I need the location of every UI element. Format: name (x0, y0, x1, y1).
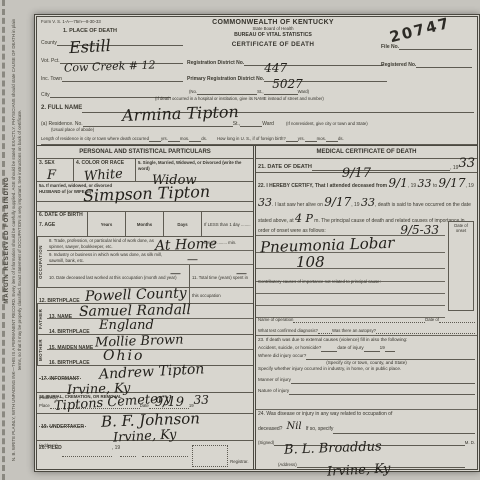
father-name-row: 13. NAME Samuel Randall (47, 304, 253, 319)
test-label: What test confirmed diagnosis? (258, 328, 318, 334)
date-of-onset-header: Date of onset (454, 223, 468, 233)
where-note: (Specify city or town, county, and State… (258, 360, 475, 367)
scanned-death-certificate: MARGIN RESERVED FOR BINDING N. B. WRITE … (0, 0, 480, 480)
lastsaw-value: 9/17 (324, 195, 351, 209)
residence-st-blank (240, 120, 262, 127)
street-no-blank (197, 88, 257, 95)
city-label: City (41, 92, 50, 98)
sex-race-marital-row: 3. SEX F 4. COLOR OR RACE White 5. Singl… (37, 159, 253, 182)
where-label: Where did injury occur? (258, 353, 306, 360)
certificate-title: CERTIFICATE OF DEATH (185, 41, 361, 48)
date-of-death-row: 21. DATE OF DEATH 9/17 , 19 33 (256, 159, 477, 173)
test-autopsy-row: What test confirmed diagnosis? Was there… (256, 324, 477, 335)
len-blank-4 (286, 135, 298, 142)
len-blank-3 (189, 135, 201, 142)
date-of-onset-box: Date of onset (448, 221, 474, 311)
accident-label: Accident, suicide, or homicide? (258, 345, 321, 352)
injury-date-blank (364, 345, 380, 352)
length-residence-row: Length of residence in city or town wher… (41, 135, 477, 145)
county-row: County Estill (41, 39, 183, 46)
len-yrs-1: yrs. (161, 136, 168, 142)
injury-date-label: date of injury (337, 345, 363, 352)
informant-label: 17. INFORMANT (41, 376, 79, 382)
industry-row: 9. Industry or business in which work wa… (47, 251, 253, 265)
filed-date-blank (62, 450, 112, 457)
to-year-prefix: , 19 (465, 183, 473, 189)
filed-label: 20. FILED (39, 445, 62, 451)
hospital-note: (If death occurred in a hospital or inst… (155, 96, 475, 102)
age-days-cell: Days (163, 212, 201, 236)
full-name-label: 2. FULL NAME (41, 105, 82, 113)
primary-district-blank: 5027 (264, 75, 387, 82)
to-year-value: 33 (258, 196, 272, 209)
last-worked-value: — (170, 267, 181, 280)
total-time-value: — (236, 267, 247, 280)
full-name-blank: Armina Tipton (82, 106, 474, 113)
file-no-blank (399, 43, 472, 50)
len-blank-6 (326, 135, 338, 142)
burial-place-label: Place (39, 403, 50, 409)
left-margin: MARGIN RESERVED FOR BINDING N. B. WRITE … (0, 0, 34, 480)
father-bp-value: England (99, 318, 154, 333)
foreign-birth-label: How long in U. S., if of foreign birth? (217, 136, 286, 142)
form-number: Form V. S. 1-A—75m—8-30-33 (41, 19, 101, 25)
operation-label: Name of operation (258, 317, 293, 323)
contributory-blank-2 (256, 294, 445, 306)
city-blank (50, 91, 171, 98)
registrar-stamp-box (192, 445, 228, 467)
industry-value: — (187, 253, 198, 266)
sex-label: 3. SEX (39, 160, 71, 166)
signed-blank: B. L. Broaddus (274, 439, 464, 446)
registered-no-blank (416, 61, 472, 68)
registration-district-blank: 447 (244, 59, 383, 66)
street-ward-label: Ward) (298, 89, 310, 95)
street-ward-note: (No. St., Ward) (189, 88, 389, 95)
physician-address-row: (Address) Irvine, Ky (256, 447, 477, 469)
residence-st-label: St., (233, 121, 241, 127)
left-margin-rotated-text: MARGIN RESERVED FOR BINDING N. B. WRITE … (4, 15, 30, 465)
father-side-label: FATHER (37, 304, 47, 334)
age-less-cell: If LESS than 1 day ........ hrs. or ....… (201, 212, 253, 236)
attended-to-value: 9/17 (439, 176, 466, 190)
external-label: 23. If death was due to external causes … (258, 337, 475, 344)
burial-place-blank: Tiptons Cemetery (50, 402, 140, 409)
city-row: City (41, 91, 171, 98)
spouse-row: 5a. If married, widowed, or divorced HUS… (37, 182, 253, 202)
physician-address-value: Irvine, Ky (326, 461, 390, 479)
contributory-blank-1 (256, 282, 445, 294)
file-no-label: File No. (381, 44, 399, 50)
mother-bp-value: Ohio (103, 348, 144, 364)
birthplace-row: 12. BIRTHPLACE Powell County (37, 288, 253, 304)
len-blank-1 (149, 135, 161, 142)
personal-title: PERSONAL AND STATISTICAL PARTICULARS (37, 146, 253, 159)
certify-label: 22. I HEREBY CERTIFY, That I attended de… (258, 183, 387, 189)
filed-row: 20. FILED , 19 Registrar. (37, 441, 253, 469)
precinct-blank: Cow Creek # 12 (60, 57, 183, 64)
sex-cell: 3. SEX F (37, 159, 73, 181)
dob-row: 6. DATE OF BIRTH (37, 202, 253, 212)
precinct-value: Cow Creek # 12 (63, 58, 155, 74)
registrar-label: Registrar. (230, 459, 248, 465)
manner-label: Manner of injury (258, 377, 291, 384)
registration-district-value: 447 (264, 61, 287, 75)
informant-block: 17. INFORMANT Andrew Tipton (Address) Ir… (37, 366, 253, 393)
age-label: 7. AGE (39, 222, 55, 228)
operation-row: Name of operation Date of (256, 313, 477, 324)
personal-column: PERSONAL AND STATISTICAL PARTICULARS 3. … (37, 146, 253, 469)
race-label: 4. COLOR OR RACE (76, 160, 133, 166)
file-no-row: File No. (381, 43, 472, 50)
test-blank (318, 327, 332, 334)
columns: PERSONAL AND STATISTICAL PARTICULARS 3. … (37, 145, 477, 469)
len-mos-1: mos. (180, 136, 189, 142)
precinct-row: Vot. Pct. Cow Creek # 12 (41, 57, 183, 64)
length-label: Length of residence in city or town wher… (41, 136, 149, 142)
occupation-side-label: OCCUPATION (37, 237, 47, 287)
dod-year-value: 33 (458, 156, 475, 171)
lastsaw-year-prefix: , 19 (351, 202, 359, 208)
header-center: COMMONWEALTH OF KENTUCKY State Board of … (185, 19, 361, 48)
age-days-label: Days (177, 222, 187, 227)
accident-blank (321, 345, 337, 352)
contributory-row: Contributory causes of importance not re… (256, 269, 445, 282)
county-label: County (41, 40, 57, 46)
mother-name-row: 15. MAIDEN NAME Mollie Brown (47, 335, 253, 350)
age-cell: 7. AGE (37, 212, 87, 236)
full-name-row: 2. FULL NAME Armina Tipton (41, 105, 474, 113)
marital-cell: 5. Single, Married, Widowed, or Divorced… (135, 159, 253, 181)
operation-date-blank (439, 316, 475, 323)
len-ds-2: ds. (338, 136, 344, 142)
cause-area: Date of onset 9/5-33 Pneumonia Lobar 108… (256, 221, 477, 313)
dod-year-prefix: , 19 (450, 165, 458, 171)
cause-line-1: 9/5-33 (256, 221, 445, 236)
registered-no-label: Registered No. (381, 62, 416, 68)
nonresident-note: (If nonresident, give city or town and S… (286, 121, 368, 127)
signed-label: (Signed) (258, 440, 274, 446)
len-blank-5 (305, 135, 317, 142)
industry-label: 9. Industry or business in which work wa… (49, 252, 169, 263)
to-label: to (433, 183, 437, 189)
signed-row: (Signed) B. L. Broaddus M. D. (256, 431, 477, 447)
operation-blank (293, 316, 425, 323)
place-of-death-label: 1. PLACE OF DEATH (63, 28, 117, 35)
margin-nb-note: N. B. WRITE PLAINLY, WITH UNFADING INK—T… (11, 15, 23, 465)
undertaker-value: B. F. Johnson (101, 409, 200, 430)
registered-no-row: Registered No. (381, 61, 472, 68)
lastsaw-label: I last saw her alive on (275, 202, 323, 208)
marital-label: 5. Single, Married, Widowed, or Divorced… (138, 160, 251, 171)
precinct-label: Vot. Pct. (41, 58, 60, 64)
primary-district-row: Primary Registration District No. 5027 (187, 75, 387, 82)
undertaker-row: 19. UNDERTAKER B. F. Johnson (39, 414, 86, 427)
inc-town-row: Inc. Town (41, 75, 183, 82)
cause-line-3: 108 (256, 253, 445, 269)
registrar-sign-blank (142, 450, 188, 457)
commonwealth-title: COMMONWEALTH OF KENTUCKY (185, 19, 361, 26)
residence-no-blank (83, 120, 233, 127)
inc-town-label: Inc. Town (41, 76, 62, 82)
certificate-form: 20747 Form V. S. 1-A—75m—8-30-33 1. PLAC… (34, 14, 480, 472)
file-number-stamp: 20747 (388, 14, 453, 47)
occupation-related-block: 24. Was disease or injury in any way rel… (256, 409, 477, 431)
last-worked-label: 10. Date deceased last worked at this oc… (49, 275, 177, 280)
autopsy-blank (376, 327, 475, 334)
street-st-blank (264, 88, 298, 95)
street-no-label: (No. (189, 89, 197, 95)
len-ds-1: ds. (201, 136, 207, 142)
dod-blank: 9/17 (312, 164, 450, 171)
inc-town-blank (62, 75, 183, 82)
trade-label: 8. Trade, profession, or particular kind… (49, 238, 159, 249)
bureau-subtitle: BUREAU OF VITAL STATISTICS (185, 32, 361, 38)
margin-binding-heading: MARGIN RESERVED FOR BINDING (4, 15, 10, 465)
undertaker-label: 19. UNDERTAKER (41, 424, 84, 430)
residence-ward-label: Ward (262, 121, 274, 127)
registration-district-row: Registration District No. 447 (187, 59, 383, 66)
informant-row: 17. INFORMANT Andrew Tipton (39, 366, 81, 379)
residence-row: (a) Residence. No. St., Ward (If nonresi… (41, 120, 474, 133)
filed-year-prefix: , 19 (112, 445, 120, 451)
age-months-cell: Months (125, 212, 163, 236)
age-row: 7. AGE Years Months Days If LESS than 1 … (37, 212, 253, 237)
physician-address-blank: Irvine, Ky (297, 461, 465, 468)
primary-district-label: Primary Registration District No. (187, 76, 264, 82)
occ-related-label: 24. Was disease or injury in any way rel… (258, 411, 475, 419)
burial-year-value: 33 (194, 393, 209, 409)
from-year-value: 33 (418, 177, 432, 190)
age-years-label: Years (101, 222, 112, 227)
registration-district-label: Registration District No. (187, 60, 244, 66)
county-blank: Estill (57, 39, 183, 46)
physician-address-label: (Address) (278, 462, 297, 468)
md-label: M. D. (465, 440, 475, 446)
len-mos-2: mos. (317, 136, 326, 142)
undertaker-block: 19. UNDERTAKER B. F. Johnson (Address) I… (37, 414, 253, 441)
age-months-label: Months (137, 222, 152, 227)
len-blank-2 (168, 135, 180, 142)
county-value: Estill (68, 36, 111, 57)
certify-block: 22. I HEREBY CERTIFY, That I attended de… (256, 173, 477, 221)
dod-label: 21. DATE OF DEATH (258, 164, 312, 171)
nature-blank (289, 388, 475, 395)
mother-block: MOTHER 15. MAIDEN NAME Mollie Brown 16. … (37, 335, 253, 366)
cause-line-2: Pneumonia Lobar (256, 236, 445, 253)
mother-side-label: MOTHER (37, 335, 47, 365)
manner-blank (291, 377, 475, 384)
specify-label: Specify whether injury occurred in indus… (258, 366, 475, 373)
len-yrs-2: yrs. (298, 136, 305, 142)
attended-from-value: 9/1 (389, 176, 408, 190)
onset-date-value: 9/5-33 (400, 223, 439, 237)
date-of-label: Date of (425, 317, 439, 323)
filed-year-blank (120, 450, 136, 457)
abode-note: (Usual place of abode) (51, 127, 474, 133)
where-blank (306, 353, 475, 360)
from-year-prefix: , 19 (408, 183, 416, 189)
external-causes-block: 23. If death was due to external causes … (256, 335, 477, 409)
lastsaw-year-value: 33 (361, 196, 375, 209)
father-block: FATHER 13. NAME Samuel Randall 14. BIRTH… (37, 304, 253, 335)
injury-year-blank (385, 345, 395, 352)
age-years-cell: Years (87, 212, 125, 236)
trade-row: 8. Trade, profession, or particular kind… (47, 237, 253, 251)
race-cell: 4. COLOR OR RACE White (73, 159, 135, 181)
medical-column: MEDICAL CERTIFICATE OF DEATH 21. DATE OF… (253, 146, 477, 469)
occupation-block: OCCUPATION 8. Trade, profession, or part… (37, 237, 253, 288)
medical-title: MEDICAL CERTIFICATE OF DEATH (256, 146, 477, 159)
sex-value: F (47, 168, 56, 183)
nature-label: Nature of injury (258, 388, 289, 395)
autopsy-label: Was there an autopsy? (332, 328, 376, 334)
